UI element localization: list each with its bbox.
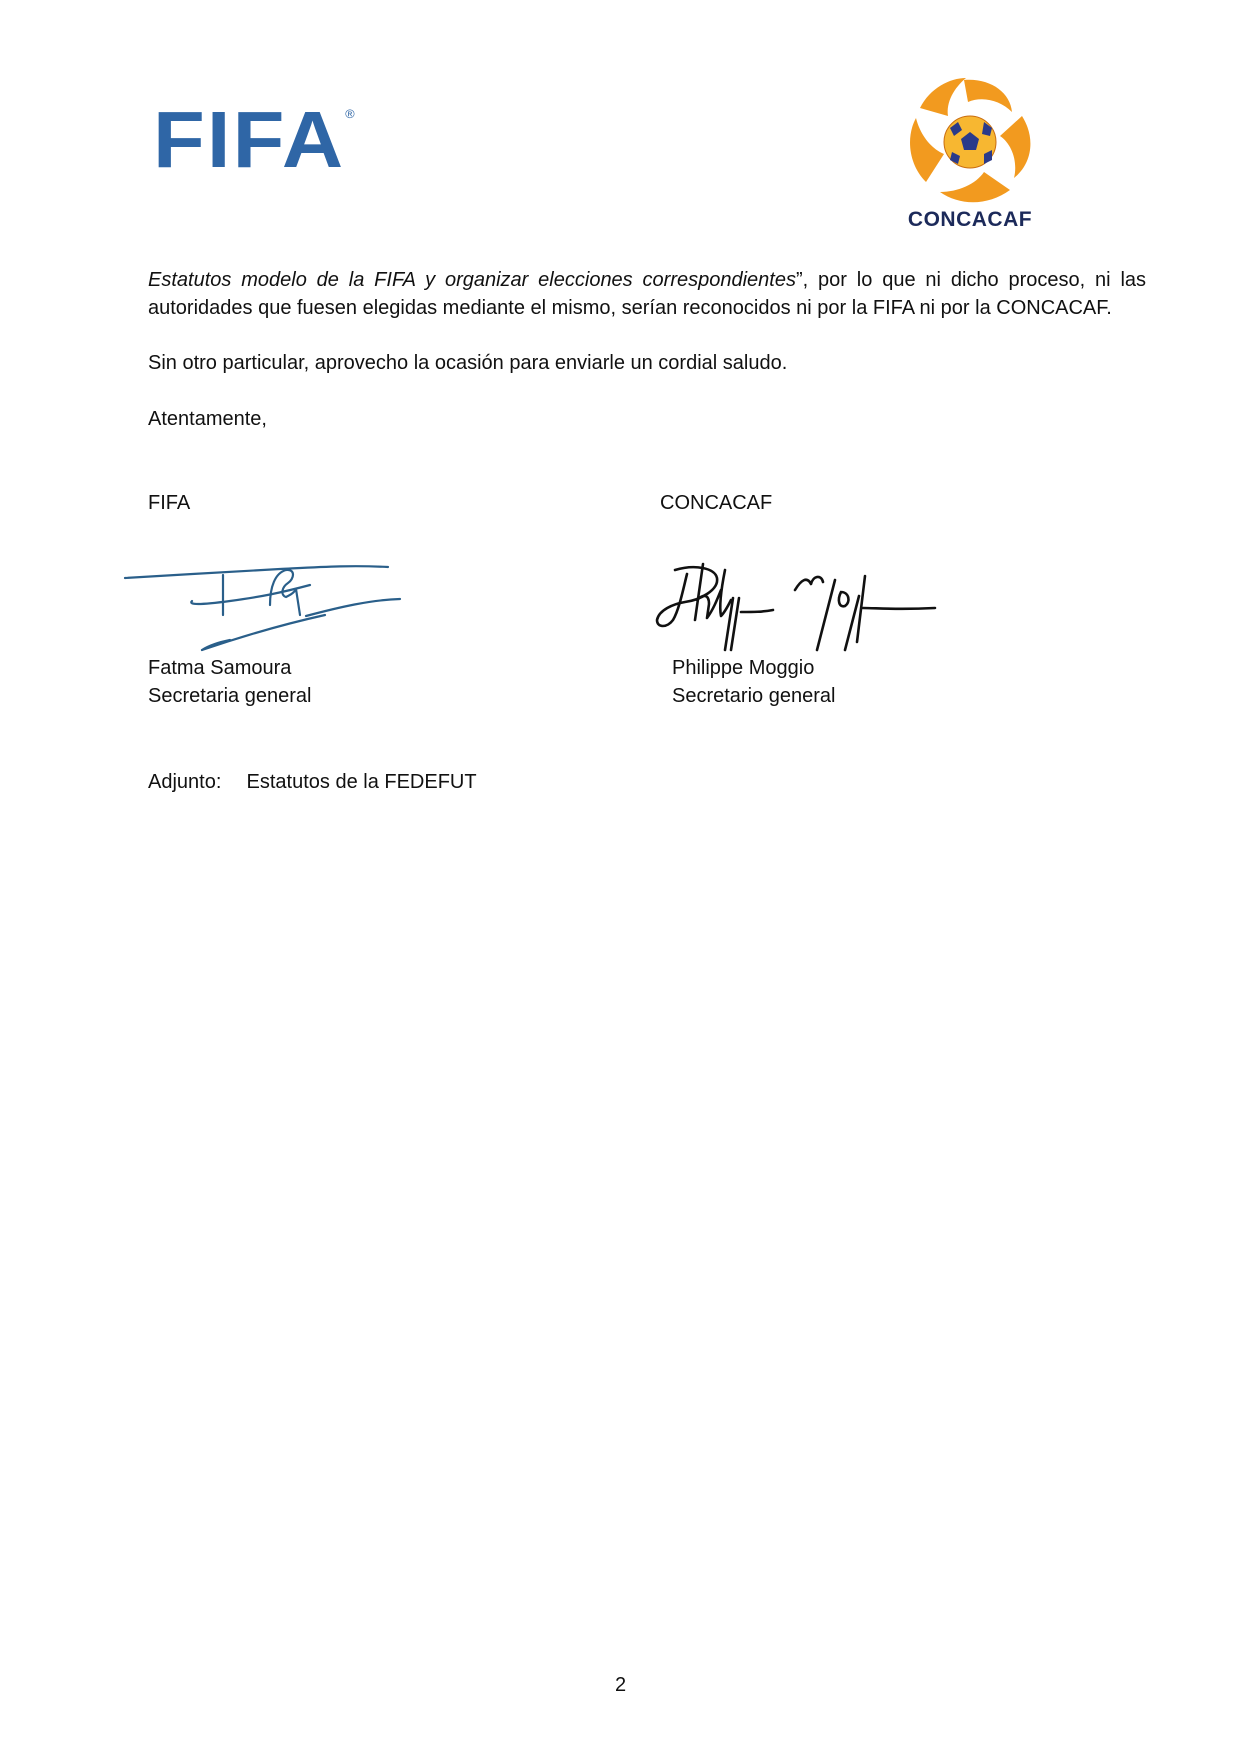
concacaf-logo-text: CONCACAF: [895, 208, 1045, 232]
italic-quote: Estatutos modelo de la FIFA y organizar …: [148, 269, 796, 291]
body-paragraph-2: Sin otro particular, aprovecho la ocasió…: [148, 349, 787, 377]
page-number: 2: [0, 1674, 1241, 1697]
attachment-line: Adjunto: Estatutos de la FEDEFUT: [148, 768, 477, 796]
concacaf-emblem-icon: [895, 72, 1045, 207]
fatma-samoura-signature-icon: [110, 555, 410, 655]
fifa-logo: FIFA®: [153, 100, 357, 180]
left-signatory-name: Fatma Samoura: [148, 654, 291, 682]
closing: Atentamente,: [148, 405, 267, 433]
right-signatory-title: Secretario general: [672, 682, 835, 710]
left-signatory-title: Secretaria general: [148, 682, 311, 710]
attachment-label: Adjunto:: [148, 771, 221, 793]
attachment-value: Estatutos de la FEDEFUT: [247, 771, 477, 793]
right-signatory-name: Philippe Moggio: [672, 654, 814, 682]
left-signature-org: FIFA: [148, 489, 190, 517]
fifa-logo-text: FIFA: [153, 95, 345, 184]
body-paragraph-1: Estatutos modelo de la FIFA y organizar …: [148, 266, 1146, 322]
registered-mark: ®: [345, 107, 356, 121]
concacaf-logo: CONCACAF: [895, 72, 1045, 242]
right-signature-org: CONCACAF: [660, 489, 772, 517]
philippe-moggio-signature-icon: [645, 550, 945, 660]
